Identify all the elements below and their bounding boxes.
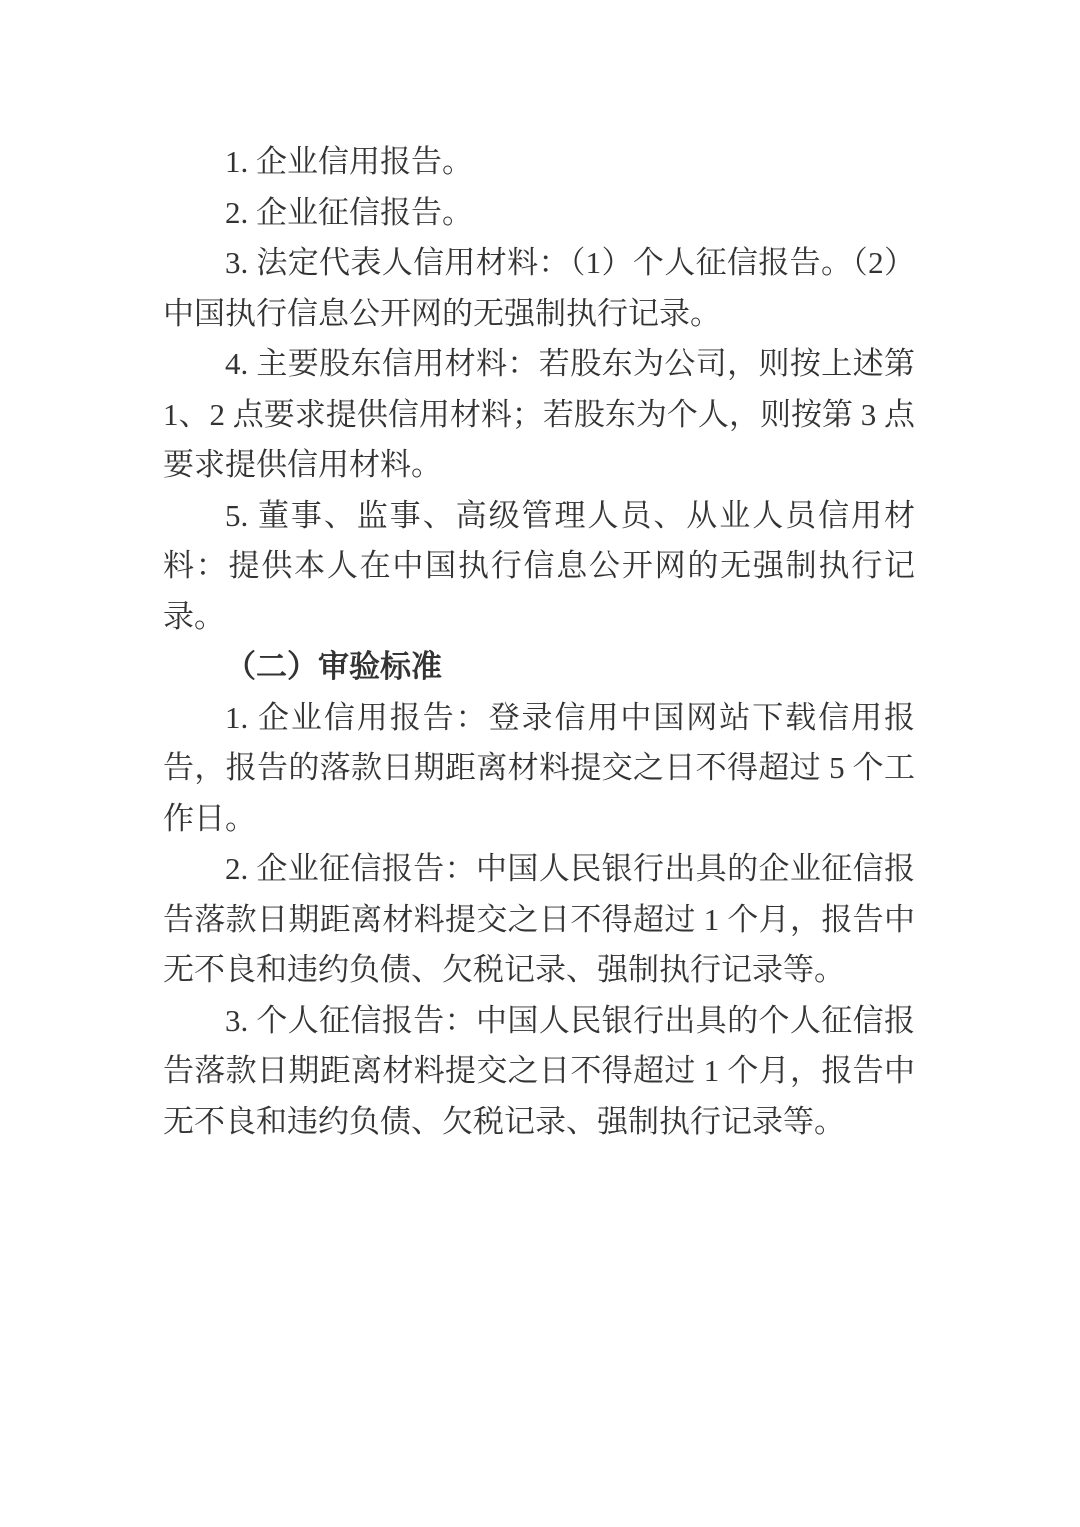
list-item-legal-representative: 3. 法定代表人信用材料：（1）个人征信报告。（2）中国执行信息公开网的无强制执… [163,238,915,339]
list-item-credit-reference-report: 2. 企业征信报告。 [163,188,915,239]
list-item-major-shareholders: 4. 主要股东信用材料：若股东为公司，则按上述第 1、2 点要求提供信用材料；若… [163,339,915,491]
standard-item-enterprise-reference: 2. 企业征信报告：中国人民银行出具的企业征信报告落款日期距离材料提交之日不得超… [163,844,915,996]
list-item-credit-report: 1. 企业信用报告。 [163,137,915,188]
standard-item-personal-reference: 3. 个人征信报告：中国人民银行出具的个人征信报告落款日期距离材料提交之日不得超… [163,996,915,1148]
standard-item-credit-report: 1. 企业信用报告：登录信用中国网站下载信用报告，报告的落款日期距离材料提交之日… [163,693,915,845]
list-item-directors-supervisors: 5. 董事、监事、高级管理人员、从业人员信用材料：提供本人在中国执行信息公开网的… [163,491,915,643]
document-page: 1. 企业信用报告。 2. 企业征信报告。 3. 法定代表人信用材料：（1）个人… [0,0,1080,1527]
section-heading-review-standards: （二）审验标准 [163,642,915,693]
